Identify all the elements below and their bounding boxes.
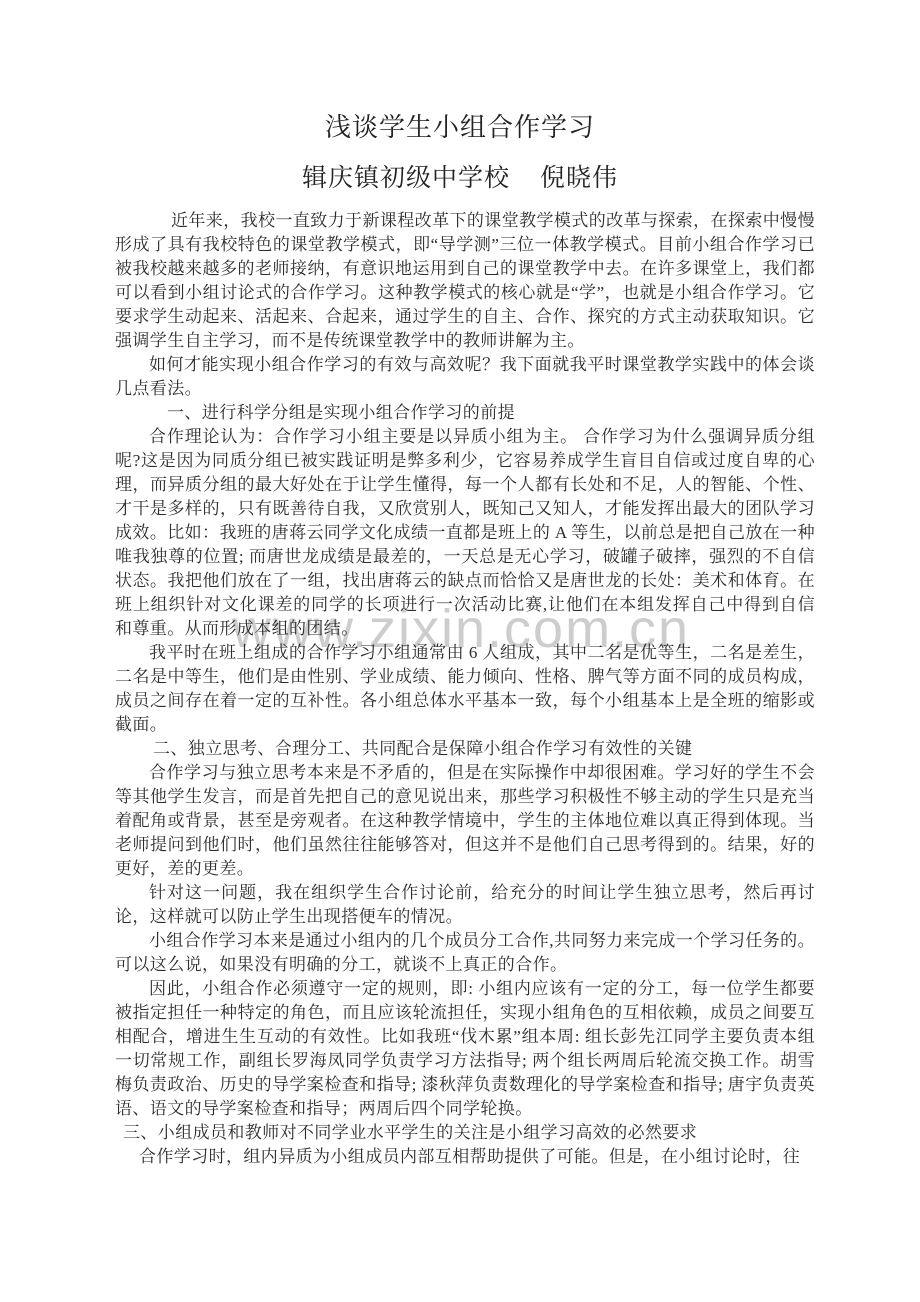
section-heading: 一、进行科学分组是实现小组合作学习的前提 [115, 401, 815, 425]
document-body: 近年来，我校一直致力于新课程改革下的课堂教学模式的改革与探索，在探索中慢慢形成了… [115, 209, 815, 1169]
byline-school: 辑庆镇初级中学校 [302, 165, 510, 192]
document-page: www.zixin.com.cn 浅谈学生小组合作学习 辑庆镇初级中学校倪晓伟 … [0, 0, 920, 1302]
paragraph: 因此，小组合作必须遵守一定的规则，即: 小组内应该有一定的分工，每一位学生都要被… [115, 977, 815, 1121]
paragraph: 合作学习与独立思考本来是不矛盾的，但是在实际操作中却很困难。学习好的学生不会等其… [115, 761, 815, 881]
paragraph: 针对这一问题，我在组织学生合作讨论前，给充分的时间让学生独立思考，然后再讨论，这… [115, 881, 815, 929]
document-title: 浅谈学生小组合作学习 [0, 0, 920, 146]
paragraph: 合作理论认为：合作学习小组主要是以异质小组为主。 合作学习为什么强调异质分组呢?… [115, 425, 815, 641]
byline-author: 倪晓伟 [540, 165, 618, 192]
paragraph: 我平时在班上组成的合作学习小组通常由 6 人组成，其中二名是优等生，二名是差生，… [115, 641, 815, 737]
paragraph: 合作学习时，组内异质为小组成员内部互相帮助提供了可能。但是，在小组讨论时，往 [115, 1145, 815, 1169]
paragraph: 小组合作学习本来是通过小组内的几个成员分工合作,共同努力来完成一个学习任务的。可… [115, 929, 815, 977]
document-byline: 辑庆镇初级中学校倪晓伟 [0, 162, 920, 196]
paragraph: 如何才能实现小组合作学习的有效与高效呢？我下面就我平时课堂教学实践中的体会谈几点… [115, 353, 815, 401]
paragraph: 近年来，我校一直致力于新课程改革下的课堂教学模式的改革与探索，在探索中慢慢形成了… [115, 209, 815, 353]
section-heading: 二、独立思考、合理分工、共同配合是保障小组合作学习有效性的关键 [115, 737, 815, 761]
section-heading: 三、小组成员和教师对不同学业水平学生的关注是小组学习高效的必然要求 [115, 1121, 815, 1145]
